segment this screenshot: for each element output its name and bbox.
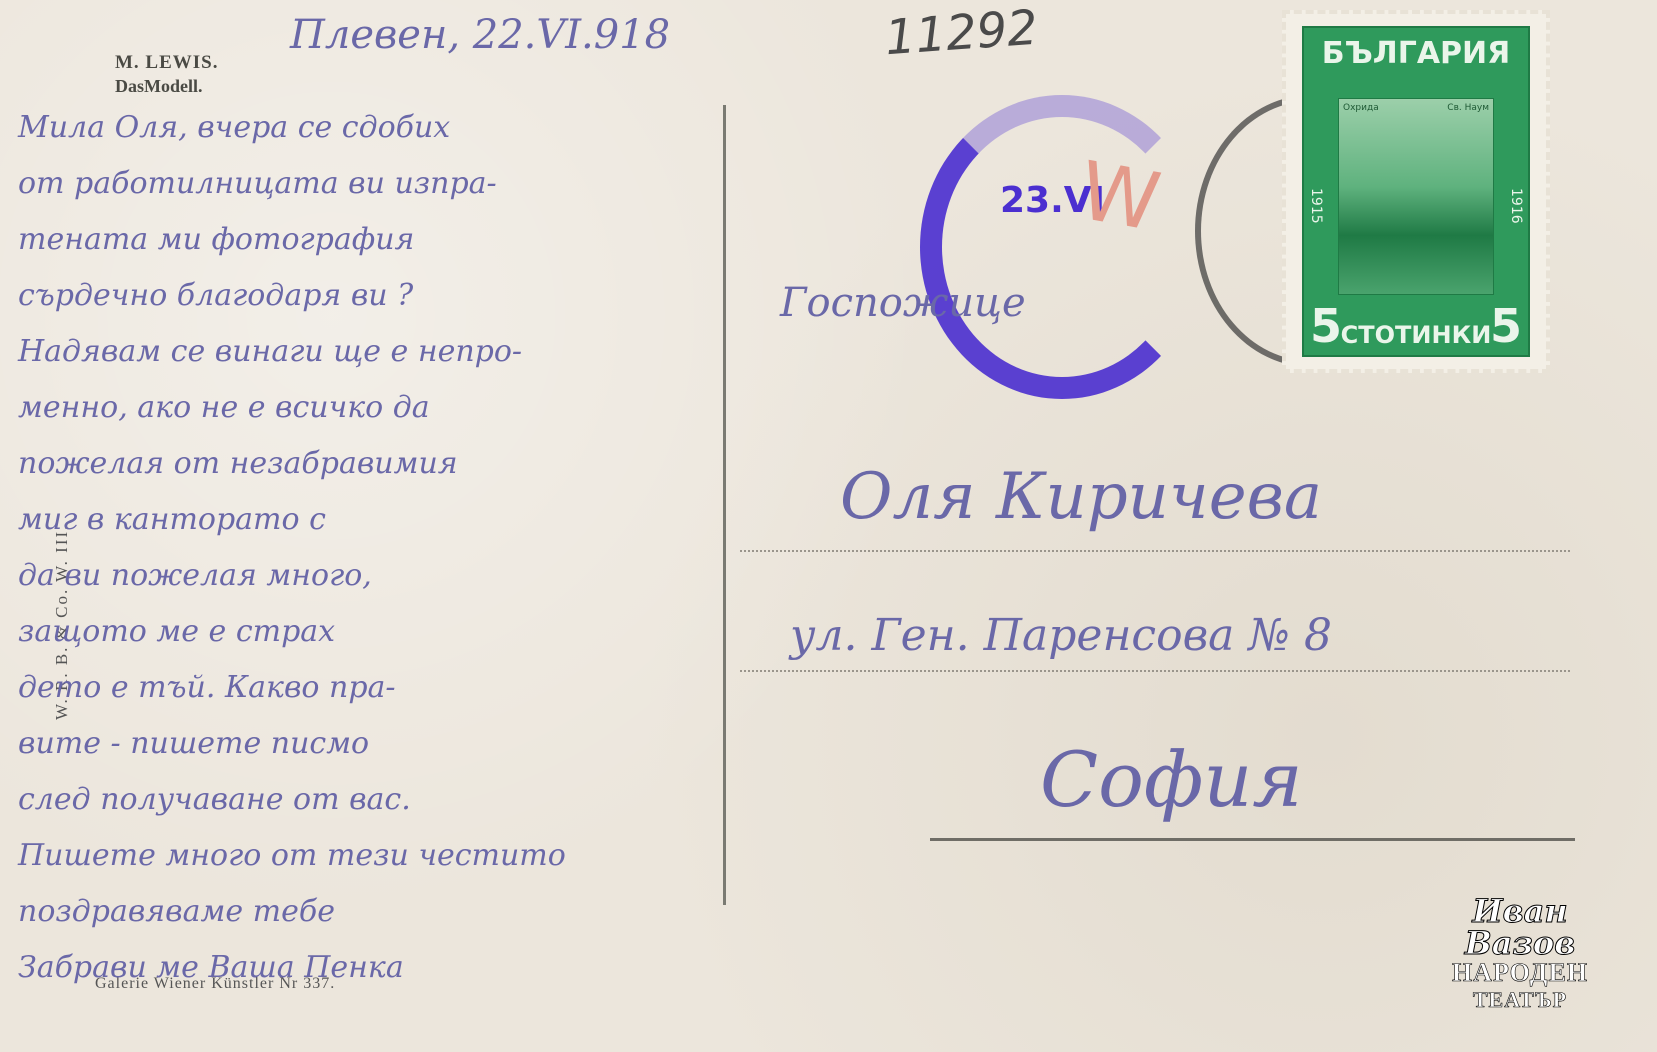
center-divider xyxy=(723,105,726,905)
letter-line: дето е тъй. Какво пра- xyxy=(18,670,396,705)
letter-line: Мила Оля, вчера се сдобих xyxy=(18,110,450,145)
stamp-denomination: СТОТИНКИ xyxy=(1304,321,1528,349)
stamp-year-left: 1915 xyxy=(1308,188,1324,224)
letter-line: Пишете много от тези честито xyxy=(18,838,566,873)
letter-line: след получаване от вас. xyxy=(18,782,411,817)
letter-line: сърдечно благодаря ви ? xyxy=(18,278,413,313)
letter-line: Забрави ме Ваша Пенка xyxy=(18,950,404,985)
stamp-year-right: 1916 xyxy=(1508,188,1524,224)
address-line-2 xyxy=(740,670,1570,672)
artist-name: M. LEWIS. xyxy=(115,52,219,74)
letter-line: миг в канторато с xyxy=(18,502,326,537)
red-pencil-mark: W xyxy=(1073,144,1167,249)
letter-line: менно, ако не е всичко да xyxy=(18,390,430,425)
stamp-landscape-image: Охрида Св. Наум xyxy=(1338,98,1494,295)
letter-line: поздравяваме тебе xyxy=(18,894,335,929)
recipient-name: Оля Киричева xyxy=(840,460,1322,534)
letter-line: да ви пожелая много, xyxy=(18,558,372,593)
letter-line: вите - пишете писмо xyxy=(18,726,369,761)
letter-line: Надявам се винаги ще е непро- xyxy=(18,334,522,369)
censor-postmark xyxy=(920,95,1204,399)
recipient-city: София xyxy=(1040,735,1303,824)
letter-line: тената ми фотография xyxy=(18,222,414,257)
address-line-1 xyxy=(740,550,1570,552)
stamp-place-left: Охрида xyxy=(1343,103,1379,113)
address-salutation: Госпожице xyxy=(780,280,1026,326)
recipient-street: ул. Ген. Паренсова № 8 xyxy=(790,610,1332,661)
letter-line: защото ме е страх xyxy=(18,614,335,649)
letter-line: от работилницата ви изпра- xyxy=(18,166,497,201)
archive-number: 11292 xyxy=(883,0,1039,66)
letter-line: пожелая от незабравимия xyxy=(18,446,458,481)
stamp-place-right: Св. Наум xyxy=(1447,103,1489,113)
postcard-back: M. LEWIS. DasModell. W. R. B. & Co. W. I… xyxy=(0,0,1657,1052)
handwritten-date: Плевен, 22.VI.918 xyxy=(290,12,670,58)
national-theatre-logo: Иван Вазов НАРОДЕН ТЕАТЪР xyxy=(1430,895,1610,1012)
address-line-3 xyxy=(930,838,1575,841)
artwork-title: DasModell. xyxy=(115,76,203,97)
logo-line-1: НАРОДЕН xyxy=(1430,959,1610,988)
postage-stamp: БЪЛГАРИЯ Охрида Св. Наум 1915 1916 5 5 С… xyxy=(1282,10,1550,373)
stamp-country: БЪЛГАРИЯ xyxy=(1304,36,1528,71)
logo-line-2: ТЕАТЪР xyxy=(1430,988,1610,1012)
logo-signature: Иван Вазов xyxy=(1430,895,1610,959)
